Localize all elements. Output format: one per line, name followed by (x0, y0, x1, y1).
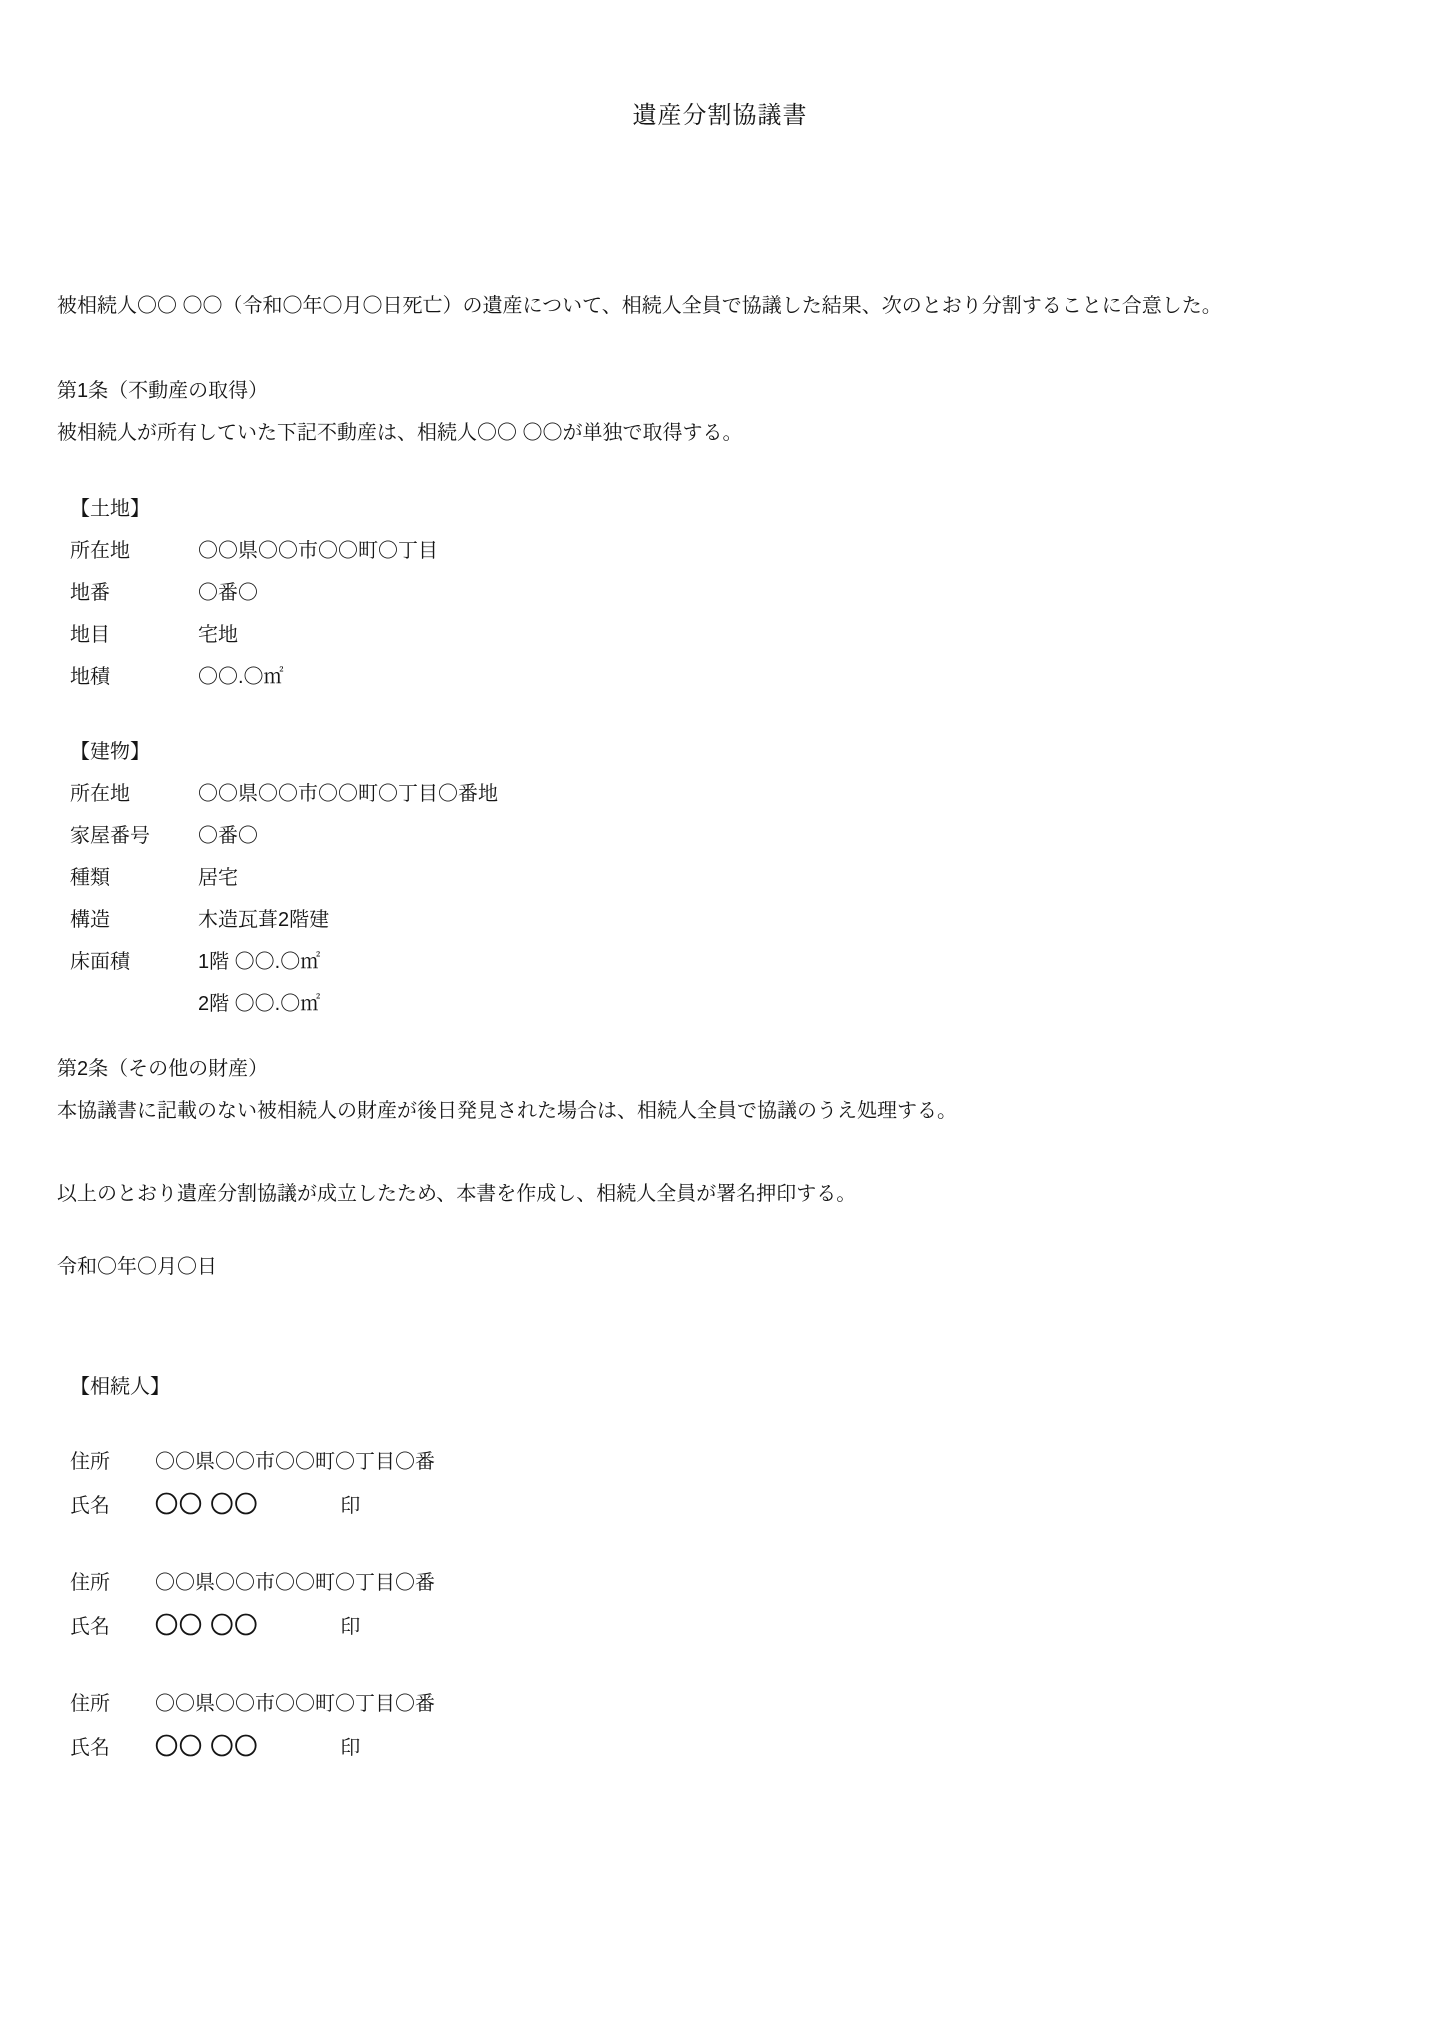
building-row: 所在地 〇〇県〇〇市〇〇町〇丁目〇番地 (70, 773, 1383, 815)
building-row-label: 床面積 (70, 941, 198, 983)
building-row-value: 〇〇県〇〇市〇〇町〇丁目〇番地 (198, 773, 1383, 815)
heirs-list: 住所 〇〇県〇〇市〇〇町〇丁目〇番 氏名 〇〇 〇〇 印 住所 〇〇県〇〇市〇〇… (70, 1441, 1383, 1769)
heir-address-value: 〇〇県〇〇市〇〇町〇丁目〇番 (155, 1441, 435, 1483)
heir-entry: 住所 〇〇県〇〇市〇〇町〇丁目〇番 氏名 〇〇 〇〇 印 (70, 1683, 1383, 1769)
building-row-label: 家屋番号 (70, 815, 198, 857)
heir-address-row: 住所 〇〇県〇〇市〇〇町〇丁目〇番 (70, 1562, 1383, 1604)
article-2: 第2条（その他の財産） 本協議書に記載のない被相続人の財産が後日発見された場合は… (57, 1048, 1383, 1132)
heir-address-row: 住所 〇〇県〇〇市〇〇町〇丁目〇番 (70, 1683, 1383, 1725)
document-page: 遺産分割協議書 被相続人〇〇 〇〇（令和〇年〇月〇日死亡）の遺産について、相続人… (0, 0, 1440, 2037)
building-row-value: 木造瓦葺2階建 (198, 899, 1383, 941)
building-row-label: 所在地 (70, 773, 198, 815)
land-row-value: 〇〇県〇〇市〇〇町〇丁目 (198, 530, 1383, 572)
building-row-value: 2階 〇〇.〇㎡ (198, 983, 1383, 1025)
date-line: 令和〇年〇月〇日 (57, 1246, 1383, 1288)
address-label: 住所 (70, 1683, 155, 1725)
intro-paragraph: 被相続人〇〇 〇〇（令和〇年〇月〇日死亡）の遺産について、相続人全員で協議した結… (57, 285, 1383, 327)
land-row-label: 地目 (70, 614, 198, 656)
land-row-value: 〇番〇 (198, 572, 1383, 614)
heir-name-value: 〇〇 〇〇 (155, 1725, 258, 1767)
address-label: 住所 (70, 1562, 155, 1604)
land-row-value: 宅地 (198, 614, 1383, 656)
building-row: 2階 〇〇.〇㎡ (70, 983, 1383, 1025)
name-label: 氏名 (70, 1606, 155, 1648)
closing-paragraph: 以上のとおり遺産分割協議が成立したため、本書を作成し、相続人全員が署名押印する。 (57, 1173, 1383, 1215)
heir-address-value: 〇〇県〇〇市〇〇町〇丁目〇番 (155, 1562, 435, 1604)
document-title: 遺産分割協議書 (57, 95, 1383, 137)
heir-name-value: 〇〇 〇〇 (155, 1483, 258, 1525)
heir-entry: 住所 〇〇県〇〇市〇〇町〇丁目〇番 氏名 〇〇 〇〇 印 (70, 1441, 1383, 1527)
land-row: 地目 宅地 (70, 614, 1383, 656)
article-2-body: 本協議書に記載のない被相続人の財産が後日発見された場合は、相続人全員で協議のうえ… (57, 1090, 1383, 1132)
building-section: 【建物】 所在地 〇〇県〇〇市〇〇町〇丁目〇番地 家屋番号 〇番〇 種類 居宅 … (57, 731, 1383, 1025)
land-row: 地番 〇番〇 (70, 572, 1383, 614)
land-row-label: 地番 (70, 572, 198, 614)
building-row: 床面積 1階 〇〇.〇㎡ (70, 941, 1383, 983)
building-row-value: 〇番〇 (198, 815, 1383, 857)
building-row: 家屋番号 〇番〇 (70, 815, 1383, 857)
building-row-value: 1階 〇〇.〇㎡ (198, 941, 1383, 983)
building-row-label: 種類 (70, 857, 198, 899)
heirs-section: 【相続人】 住所 〇〇県〇〇市〇〇町〇丁目〇番 氏名 〇〇 〇〇 印 住所 (57, 1366, 1383, 1769)
name-label: 氏名 (70, 1727, 155, 1769)
land-row: 地積 〇〇.〇㎡ (70, 656, 1383, 698)
land-row-label: 所在地 (70, 530, 198, 572)
seal-mark: 印 (340, 1606, 360, 1648)
heir-name-row: 氏名 〇〇 〇〇 印 (70, 1483, 1383, 1527)
building-row: 構造 木造瓦葺2階建 (70, 899, 1383, 941)
heir-name-row: 氏名 〇〇 〇〇 印 (70, 1604, 1383, 1648)
article-2-heading: 第2条（その他の財産） (57, 1048, 1383, 1090)
name-label: 氏名 (70, 1485, 155, 1527)
article-1-heading: 第1条（不動産の取得） (57, 370, 1383, 412)
heir-name-row: 氏名 〇〇 〇〇 印 (70, 1725, 1383, 1769)
heir-entry: 住所 〇〇県〇〇市〇〇町〇丁目〇番 氏名 〇〇 〇〇 印 (70, 1562, 1383, 1648)
heir-name-value: 〇〇 〇〇 (155, 1604, 258, 1646)
heir-address-row: 住所 〇〇県〇〇市〇〇町〇丁目〇番 (70, 1441, 1383, 1483)
building-heading: 【建物】 (70, 731, 1383, 773)
land-heading: 【土地】 (70, 488, 1383, 530)
document-content: 遺産分割協議書 被相続人〇〇 〇〇（令和〇年〇月〇日死亡）の遺産について、相続人… (0, 0, 1440, 1769)
address-label: 住所 (70, 1441, 155, 1483)
heir-address-value: 〇〇県〇〇市〇〇町〇丁目〇番 (155, 1683, 435, 1725)
article-1: 第1条（不動産の取得） 被相続人が所有していた下記不動産は、相続人〇〇 〇〇が単… (57, 370, 1383, 454)
land-section: 【土地】 所在地 〇〇県〇〇市〇〇町〇丁目 地番 〇番〇 地目 宅地 地積 〇〇… (57, 488, 1383, 698)
building-row-value: 居宅 (198, 857, 1383, 899)
land-row-value: 〇〇.〇㎡ (198, 656, 1383, 698)
land-row: 所在地 〇〇県〇〇市〇〇町〇丁目 (70, 530, 1383, 572)
article-1-body: 被相続人が所有していた下記不動産は、相続人〇〇 〇〇が単独で取得する。 (57, 412, 1383, 454)
seal-mark: 印 (340, 1485, 360, 1527)
building-row-label: 構造 (70, 899, 198, 941)
building-row: 種類 居宅 (70, 857, 1383, 899)
building-row-label (70, 983, 198, 1025)
land-row-label: 地積 (70, 656, 198, 698)
heirs-heading: 【相続人】 (70, 1366, 1383, 1408)
seal-mark: 印 (340, 1727, 360, 1769)
